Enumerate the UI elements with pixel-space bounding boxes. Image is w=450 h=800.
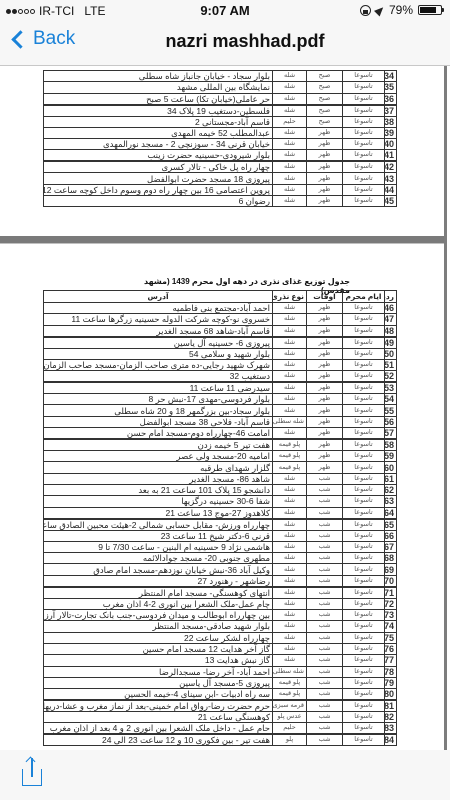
address-cell: بلوار شیرودی-حسینیه حضرت زینب (44, 150, 273, 162)
row-number: 73 (385, 610, 397, 621)
table-row: 58تاسوعاظهرپلو قیمههفت تیر 5 خیمه زدن (44, 439, 397, 451)
address-cell: بلوار سجاد - خیابان جانباز شاه سطلی (44, 71, 273, 82)
food-type-cell: شله (273, 405, 307, 416)
address-cell: احمد آباد- آخر رضا- مسجدالرضا (44, 666, 273, 677)
address-cell: مطهری جنوبی 20- مسجد جوادالائمه (44, 553, 273, 564)
address-cell: قاسم آباد-شاهد 68 مسجد الغدیر (44, 325, 273, 337)
table-row: 44تاسوعاظهرشلهپروین اعتصامی 16 بین چهار … (44, 184, 397, 195)
location-arrow-icon (374, 4, 386, 16)
time-cell: ظهر (307, 451, 343, 462)
time-cell: شب (307, 530, 343, 541)
address-cell: هفت تیر - بین فکوری 10 و 12 ساعت 23 الی … (44, 734, 273, 746)
bottom-toolbar (0, 750, 450, 800)
time-cell: ظهر (307, 394, 343, 405)
address-cell: بلوار شهید و سلامی 54 (44, 348, 273, 359)
table-row: 40تاسوعاظهرشلهخیابان قرنی 34 - سوزنچی 2 … (44, 139, 397, 150)
time-cell: ظهر (307, 337, 343, 349)
table-row: 84تاسوعاشبپلوهفت تیر - بین فکوری 10 و 12… (44, 734, 397, 746)
food-type-cell: شله (273, 359, 307, 370)
row-number: 42 (385, 161, 397, 173)
time-cell: ظهر (307, 314, 343, 325)
time-cell: ظهر (307, 405, 343, 416)
row-number: 83 (385, 723, 397, 735)
time-cell: ظهر (307, 303, 343, 314)
row-number: 56 (385, 416, 397, 427)
table-row: 37تاسوعاصبحشلهفلسطین-دستغیب 19 پلاک 34 (44, 105, 397, 117)
time-cell: ظهر (307, 359, 343, 370)
time-cell: شب (307, 734, 343, 746)
day-cell: تاسوعا (343, 303, 385, 314)
day-cell: تاسوعا (343, 712, 385, 723)
table-row: 67تاسوعاشبشلههاشمی نژاد 9 حسینیه ام البن… (44, 541, 397, 552)
row-number: 74 (385, 621, 397, 632)
time-cell: شب (307, 643, 343, 654)
day-cell: تاسوعا (343, 394, 385, 405)
row-number: 69 (385, 564, 397, 575)
table-row: 36تاسوعاصبحشلهحر عاملی(خیابان تکا) ساعت … (44, 93, 397, 105)
time-cell: شب (307, 621, 343, 632)
address-cell: انتهای کوهسنگی- مسجد امام المنتظر (44, 587, 273, 599)
address-cell: چهارراه ورزش- مقابل حسابی شمالی 2-هیئت م… (44, 519, 273, 531)
table-row: 83تاسوعاشبحلیمحام عمل - داخل ملک الشعرا … (44, 723, 397, 735)
food-type-cell: شله (273, 82, 307, 93)
food-type-cell: شله (273, 139, 307, 150)
time-cell: ظهر (307, 382, 343, 394)
address-cell: بلوار شهید صادقی-مسجد المنتظر (44, 621, 273, 632)
food-type-cell: شله سطلی (273, 666, 307, 677)
row-number: 41 (385, 150, 397, 162)
header-address: آدرس (44, 291, 273, 303)
time-cell: ظهر (307, 416, 343, 427)
time-cell: شب (307, 610, 343, 621)
table-row: 71تاسوعاشبشلهانتهای کوهسنگی- مسجد امام ا… (44, 587, 397, 599)
row-number: 72 (385, 598, 397, 609)
time-cell: صبح (307, 93, 343, 105)
table-row: 64تاسوعاشبشلهکلاهدوز 27-موج 13 ساعت 21 (44, 507, 397, 519)
row-number: 84 (385, 734, 397, 746)
food-type-cell: شله (273, 325, 307, 337)
row-number: 48 (385, 325, 397, 337)
table-row: 74تاسوعاشبشلهبلوار شهید صادقی-مسجد المنت… (44, 621, 397, 632)
time-cell: شب (307, 553, 343, 564)
row-number: 77 (385, 655, 397, 666)
row-number: 35 (385, 82, 397, 93)
battery-icon (418, 5, 442, 15)
food-type-cell: شله (273, 610, 307, 621)
day-cell: تاسوعا (343, 348, 385, 359)
day-cell: تاسوعا (343, 150, 385, 162)
table-row: 55تاسوعاظهرشلهبلوار سجاد-بین بزرگمهر 18 … (44, 405, 397, 416)
time-cell: ظهر (307, 196, 343, 207)
food-type-cell: شله (273, 632, 307, 643)
address-cell: چهارراه لشکر ساعت 22 (44, 632, 273, 643)
time-cell: شب (307, 598, 343, 609)
day-cell: تاسوعا (343, 161, 385, 173)
header-day: ایام محرم (343, 291, 385, 303)
time-cell: صبح (307, 71, 343, 82)
row-number: 76 (385, 643, 397, 654)
address-cell: گاز نبش هدایت 13 (44, 655, 273, 666)
page-separator (0, 236, 444, 244)
status-bar: IR-TCI LTE 9:07 AM 79% (0, 0, 450, 20)
time-cell: صبح (307, 116, 343, 127)
food-type-cell: پلو قیمه (273, 439, 307, 451)
table-row: 78تاسوعاشبشله سطلیاحمد آباد- آخر رضا- مس… (44, 666, 397, 677)
food-type-cell: حلیم (273, 723, 307, 735)
row-number: 38 (385, 116, 397, 127)
food-type-cell: شله (273, 598, 307, 609)
food-type-cell: شله (273, 643, 307, 654)
day-cell: تاسوعا (343, 507, 385, 519)
food-type-cell: شله (273, 587, 307, 599)
food-type-cell: شله (273, 507, 307, 519)
address-cell: خیابان قرنی 34 - سوزنچی 2 - مسجد نورالمه… (44, 139, 273, 150)
food-type-cell: شله (273, 348, 307, 359)
row-number: 70 (385, 575, 397, 587)
food-type-cell: شله (273, 519, 307, 531)
header-type: نوع نذری (273, 291, 307, 303)
table-row: 54تاسوعاظهرشلهبلوار فردوسی-مهدی 17-نبش ح… (44, 394, 397, 405)
day-cell: تاسوعا (343, 519, 385, 531)
row-number: 45 (385, 196, 397, 207)
day-cell: تاسوعا (343, 689, 385, 701)
time-cell: ظهر (307, 371, 343, 383)
address-cell: شفا 6-30 حسینیه درگزیها (44, 496, 273, 507)
food-type-cell: شله سطلی (273, 416, 307, 427)
time-cell: ظهر (307, 150, 343, 162)
time-cell: شب (307, 496, 343, 507)
row-number: 67 (385, 541, 397, 552)
food-type-cell: شله (273, 371, 307, 383)
table-row: 77تاسوعاشبشلهگاز نبش هدایت 13 (44, 655, 397, 666)
address-cell: بلوار فردوسی-مهدی 17-نبش حر 8 (44, 394, 273, 405)
table-row: 62تاسوعاشبشلهدانشجو 15 پلاک 101 ساعت 21 … (44, 484, 397, 495)
table-row: 53تاسوعاظهرشلهسیدرضی 11 ساعت 11 (44, 382, 397, 394)
table-row: 69تاسوعاشبشلهوکیل آباد 36-نبش خیابان نوز… (44, 564, 397, 575)
table-row: 43تاسوعاظهرشلهپیروزی 18 مسجد حضرت ابوالف… (44, 173, 397, 184)
header-time: اوقات (307, 291, 343, 303)
time-cell: ظهر (307, 428, 343, 440)
day-cell: تاسوعا (343, 610, 385, 621)
food-type-cell: شله (273, 337, 307, 349)
food-type-cell: پلو قیمه (273, 689, 307, 701)
food-type-cell: شله (273, 484, 307, 495)
address-cell: گلزار شهدای طرقبه (44, 462, 273, 473)
address-cell: عبدالمطلب 52 خیمه المهدی (44, 127, 273, 138)
time-cell: ظهر (307, 161, 343, 173)
time-cell: صبح (307, 105, 343, 117)
food-type-cell: عدس پلو (273, 712, 307, 723)
day-cell: تاسوعا (343, 484, 385, 495)
table-row: 52تاسوعاظهرشلهدستغیب 32 (44, 371, 397, 383)
document-title: nazri mashhad.pdf (0, 31, 450, 52)
row-number: 68 (385, 553, 397, 564)
row-number: 82 (385, 712, 397, 723)
day-cell: تاسوعا (343, 575, 385, 587)
time-cell: ظهر (307, 139, 343, 150)
day-cell: تاسوعا (343, 428, 385, 440)
day-cell: تاسوعا (343, 632, 385, 643)
time-cell: ظهر (307, 348, 343, 359)
row-number: 47 (385, 314, 397, 325)
food-type-cell: شله (273, 621, 307, 632)
address-cell: حر عاملی(خیابان تکا) ساعت 5 صبح (44, 93, 273, 105)
row-number: 75 (385, 632, 397, 643)
food-type-cell: شله (273, 394, 307, 405)
table-row: 47تاسوعاظهرشلهخسروی نو-کوچه شرکت الدوله … (44, 314, 397, 325)
table-row: 75تاسوعاشبشلهچهارراه لشکر ساعت 22 (44, 632, 397, 643)
row-number: 52 (385, 371, 397, 383)
food-type-cell: حلیم (273, 116, 307, 127)
table-row: 48تاسوعاظهرشلهقاسم آباد-شاهد 68 مسجد الغ… (44, 325, 397, 337)
row-number: 54 (385, 394, 397, 405)
row-number: 60 (385, 462, 397, 473)
table-row: 42تاسوعاظهرشلهچهار راه پل خاکی - تالار ک… (44, 161, 397, 173)
table-row: 82تاسوعاشبعدس پلوکوهسنگی ساعت 21 (44, 712, 397, 723)
table-row: 50تاسوعاظهرشلهبلوار شهید و سلامی 54 (44, 348, 397, 359)
table-row: 76تاسوعاشبشلهگاز آخر هدایت 12 مسجد امام … (44, 643, 397, 654)
row-number: 79 (385, 677, 397, 688)
food-type-cell: شله (273, 564, 307, 575)
food-type-cell: پلو قیمه (273, 451, 307, 462)
page2-table: ردیف ایام محرم اوقات نوع نذری آدرس 46تاس… (43, 290, 397, 746)
row-number: 63 (385, 496, 397, 507)
table-row: 56تاسوعاظهرشله سطلیقاسم آباد- فلاحی 38 م… (44, 416, 397, 427)
address-cell: امامت 46-چهارراه دوم-مسجد امام حسن (44, 428, 273, 440)
header-num: ردیف (385, 291, 397, 303)
time-cell: صبح (307, 82, 343, 93)
row-number: 53 (385, 382, 397, 394)
time-cell: شب (307, 677, 343, 688)
day-cell: تاسوعا (343, 93, 385, 105)
row-number: 59 (385, 451, 397, 462)
row-number: 80 (385, 689, 397, 701)
day-cell: تاسوعا (343, 173, 385, 184)
address-cell: هاشمی نژاد 9 حسینیه ام البنین - ساعت 7/3… (44, 541, 273, 552)
table-row: 39تاسوعاظهرشلهعبدالمطلب 52 خیمه المهدی (44, 127, 397, 138)
time-cell: شب (307, 575, 343, 587)
food-type-cell: شله (273, 382, 307, 394)
row-number: 62 (385, 484, 397, 495)
address-cell: بلوار سجاد-بین بزرگمهر 18 و 20 شاه سطلی (44, 405, 273, 416)
address-cell: حام عمل - داخل ملک الشعرا بین انوری 2 و … (44, 723, 273, 735)
table-row: 35تاسوعاصبحشلهنمایشگاه بین المللی مشهد (44, 82, 397, 93)
day-cell: تاسوعا (343, 359, 385, 370)
row-number: 39 (385, 127, 397, 138)
orientation-lock-icon (360, 5, 371, 16)
row-number: 61 (385, 473, 397, 484)
row-number: 34 (385, 71, 397, 82)
day-cell: تاسوعا (343, 105, 385, 117)
day-cell: تاسوعا (343, 196, 385, 207)
time-cell: ظهر (307, 439, 343, 451)
day-cell: تاسوعا (343, 677, 385, 688)
address-cell: پیروزی 5-مسجد آل یاسین (44, 677, 273, 688)
address-cell: رضاشهر - رهنورد 27 (44, 575, 273, 587)
status-icons: 79% (360, 3, 442, 17)
pdf-viewer[interactable]: 34تاسوعاصبحشلهبلوار سجاد - خیابان جانباز… (0, 66, 450, 750)
table-row: 61تاسوعاشبشلهشاهد 86- مسجد الغدیر (44, 473, 397, 484)
day-cell: تاسوعا (343, 382, 385, 394)
table-row: 72تاسوعاشبشلهچام عمل-ملک الشعرا بین انور… (44, 598, 397, 609)
day-cell: تاسوعا (343, 139, 385, 150)
day-cell: تاسوعا (343, 700, 385, 712)
table-row: 66تاسوعاشبشلهقرنی 6-دکتر شیخ 11 ساعت 23 (44, 530, 397, 541)
row-number: 43 (385, 173, 397, 184)
address-cell: کوهسنگی ساعت 21 (44, 712, 273, 723)
day-cell: تاسوعا (343, 496, 385, 507)
battery-percent: 79% (389, 3, 413, 17)
day-cell: تاسوعا (343, 655, 385, 666)
page-edge-scroll-indicator (444, 66, 447, 750)
address-cell: گاز آخر هدایت 12 مسجد امام حسین (44, 643, 273, 654)
day-cell: تاسوعا (343, 473, 385, 484)
day-cell: تاسوعا (343, 127, 385, 138)
food-type-cell: شله (273, 473, 307, 484)
address-cell: شاهد 86- مسجد الغدیر (44, 473, 273, 484)
day-cell: تاسوعا (343, 621, 385, 632)
address-cell: هفت تیر 5 خیمه زدن (44, 439, 273, 451)
time-cell: شب (307, 484, 343, 495)
food-type-cell: شله (273, 127, 307, 138)
table-row: 59تاسوعاظهرپلو قیمهامامیه 20-مسجد ولی عص… (44, 451, 397, 462)
day-cell: تاسوعا (343, 734, 385, 746)
row-number: 55 (385, 405, 397, 416)
day-cell: تاسوعا (343, 82, 385, 93)
food-type-cell: شله (273, 105, 307, 117)
table-row: 57تاسوعاظهرشلهامامت 46-چهارراه دوم-مسجد … (44, 428, 397, 440)
time-cell: شب (307, 723, 343, 735)
food-type-cell: شله (273, 575, 307, 587)
day-cell: تاسوعا (343, 451, 385, 462)
food-type-cell: پلو قیمه (273, 462, 307, 473)
day-cell: تاسوعا (343, 314, 385, 325)
food-type-cell: شله (273, 71, 307, 82)
address-cell: دستغیب 32 (44, 371, 273, 383)
food-type-cell: شله (273, 541, 307, 552)
address-cell: شهرک شهید رجایی-ده متری صاحب الزمان-مسجد… (44, 359, 273, 370)
table-row: 63تاسوعاشبشلهشفا 6-30 حسینیه درگزیها (44, 496, 397, 507)
food-type-cell: شله (273, 93, 307, 105)
address-cell: قرنی 6-دکتر شیخ 11 ساعت 23 (44, 530, 273, 541)
time-cell: شب (307, 473, 343, 484)
row-number: 64 (385, 507, 397, 519)
day-cell: تاسوعا (343, 337, 385, 349)
table-row: 51تاسوعاظهرشلهشهرک شهید رجایی-ده متری صا… (44, 359, 397, 370)
day-cell: تاسوعا (343, 564, 385, 575)
time-cell: شب (307, 689, 343, 701)
food-type-cell: شله (273, 655, 307, 666)
food-type-cell: شله (273, 161, 307, 173)
time-cell: ظهر (307, 184, 343, 195)
day-cell: تاسوعا (343, 405, 385, 416)
table-row: 38تاسوعاصبححلیمقاسم آباد-مجستانی 2 (44, 116, 397, 127)
time-cell: شب (307, 507, 343, 519)
row-number: 44 (385, 184, 397, 195)
row-number: 36 (385, 93, 397, 105)
row-number: 57 (385, 428, 397, 440)
day-cell: تاسوعا (343, 598, 385, 609)
day-cell: تاسوعا (343, 439, 385, 451)
food-type-cell: شله (273, 196, 307, 207)
food-type-cell: شله (273, 184, 307, 195)
day-cell: تاسوعا (343, 587, 385, 599)
table-row: 65تاسوعاشبشلهچهارراه ورزش- مقابل حسابی ش… (44, 519, 397, 531)
address-cell: سیدرضی 11 ساعت 11 (44, 382, 273, 394)
time-cell: شب (307, 655, 343, 666)
address-cell: چام عمل-ملک الشعرا بین انوری 2-4 اذان مغ… (44, 598, 273, 609)
address-cell: قاسم آباد-مجستانی 2 (44, 116, 273, 127)
day-cell: تاسوعا (343, 71, 385, 82)
table-row: 73تاسوعاشبشلهبین چهارراه ابوطالب و میدان… (44, 610, 397, 621)
address-cell: سه راه ادبیات -ابن سینای 4-خیمه الحسین (44, 689, 273, 701)
share-button[interactable] (14, 754, 50, 794)
row-number: 58 (385, 439, 397, 451)
table-row: 79تاسوعاشبپلو قیمهپیروزی 5-مسجد آل یاسین (44, 677, 397, 688)
row-number: 51 (385, 359, 397, 370)
table-header-row: ردیف ایام محرم اوقات نوع نذری آدرس (44, 291, 397, 303)
address-cell: فلسطین-دستغیب 19 پلاک 34 (44, 105, 273, 117)
day-cell: تاسوعا (343, 416, 385, 427)
page1-table: 34تاسوعاصبحشلهبلوار سجاد - خیابان جانباز… (43, 70, 397, 207)
table-row: 49تاسوعاظهرشلهپیروزی 6- حسینیه آل یاسین (44, 337, 397, 349)
address-cell: بین چهارراه ابوطالب و میدان فردوسی-جنب ب… (44, 610, 273, 621)
food-type-cell: قرمه سبزی (273, 700, 307, 712)
address-cell: امامیه 20-مسجد ولی عصر (44, 451, 273, 462)
time-cell: شب (307, 541, 343, 552)
row-number: 46 (385, 303, 397, 314)
food-type-cell: شله (273, 530, 307, 541)
day-cell: تاسوعا (343, 723, 385, 735)
table-row: 70تاسوعاشبشلهرضاشهر - رهنورد 27 (44, 575, 397, 587)
food-type-cell: شله (273, 150, 307, 162)
time-cell: ظهر (307, 462, 343, 473)
share-arrow-icon (31, 758, 33, 777)
table-row: 80تاسوعاشبپلو قیمهسه راه ادبیات -ابن سین… (44, 689, 397, 701)
table-row: 68تاسوعاشبشلهمطهری جنوبی 20- مسجد جوادال… (44, 553, 397, 564)
row-number: 37 (385, 105, 397, 117)
time-cell: شب (307, 666, 343, 677)
day-cell: تاسوعا (343, 541, 385, 552)
day-cell: تاسوعا (343, 462, 385, 473)
time-cell: ظهر (307, 325, 343, 337)
row-number: 71 (385, 587, 397, 599)
row-number: 65 (385, 519, 397, 531)
table-row: 81تاسوعاشبقرمه سبزیحرم حضرت رضا-رواق اما… (44, 700, 397, 712)
time-cell: ظهر (307, 127, 343, 138)
time-cell: شب (307, 700, 343, 712)
day-cell: تاسوعا (343, 184, 385, 195)
time-cell: شب (307, 564, 343, 575)
day-cell: تاسوعا (343, 116, 385, 127)
address-cell: پیروزی 6- حسینیه آل یاسین (44, 337, 273, 349)
address-cell: رضوان 6 (44, 196, 273, 207)
address-cell: خسروی نو-کوچه شرکت الدوله حسینیه زرگرها … (44, 314, 273, 325)
day-cell: تاسوعا (343, 643, 385, 654)
address-cell: دانشجو 15 پلاک 101 ساعت 21 به بعد (44, 484, 273, 495)
row-number: 49 (385, 337, 397, 349)
row-number: 78 (385, 666, 397, 677)
table-row: 46تاسوعاظهرشلهاحمد آباد-مجتمع بنی فاطمیه (44, 303, 397, 314)
address-cell: پیروزی 18 مسجد حضرت ابوالفضل (44, 173, 273, 184)
time-cell: ظهر (307, 173, 343, 184)
day-cell: تاسوعا (343, 553, 385, 564)
address-cell: پروین اعتصامی 16 بین چهار راه دوم وسوم د… (44, 184, 273, 195)
food-type-cell: پلو (273, 734, 307, 746)
food-type-cell: شله (273, 303, 307, 314)
day-cell: تاسوعا (343, 530, 385, 541)
food-type-cell: شله (273, 173, 307, 184)
